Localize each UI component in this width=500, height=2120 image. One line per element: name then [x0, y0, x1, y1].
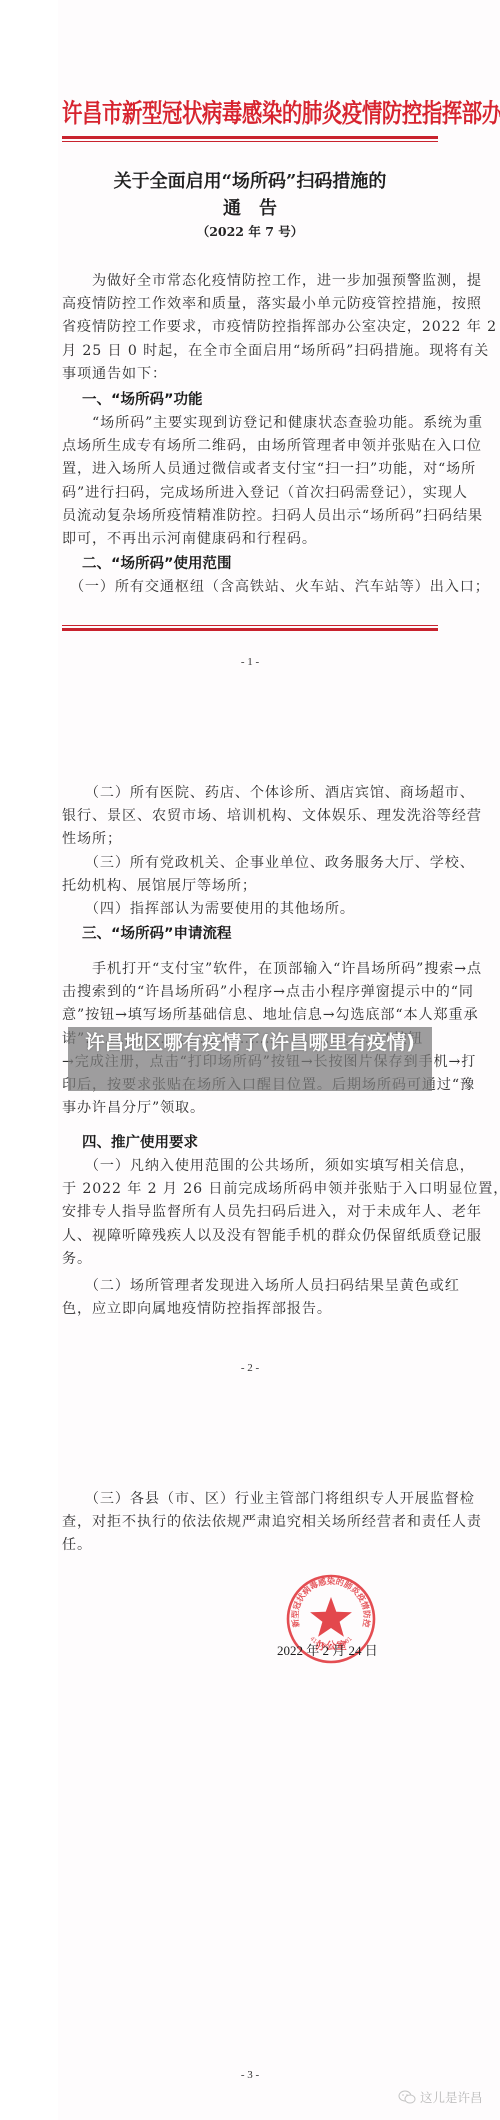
text-line: （四）指挥部认为需要使用的其他场所。: [62, 898, 438, 921]
text-line: 击搜索到的“许昌场所码”小程序→点击小程序弹窗提示中的“同: [62, 981, 438, 1004]
text-line: 手机打开“支付宝”软件，在顶部输入“许昌场所码”搜索→点: [62, 958, 438, 981]
document-title: 关于全面启用“场所码”扫码措施的: [62, 167, 438, 193]
text-line: 于 2022 年 2 月 26 日前完成场所码申领并张贴于入口明显位置，: [62, 1178, 438, 1201]
source-watermark: 这儿是许昌: [398, 2088, 483, 2106]
text-line: 务。: [62, 1248, 438, 1271]
section4-item-1: （一）凡纳入使用范围的公共场所，须如实填写相关信息， 于 2022 年 2 月 …: [62, 1155, 438, 1271]
header-rule-thick: [62, 136, 438, 139]
document-number: （2022 年 7 号）: [62, 222, 438, 240]
text-line: （一）所有交通枢纽（含高铁站、火车站、汽车站等）出入口；: [62, 576, 438, 599]
header-rule-thin: [62, 141, 438, 142]
section2-item-4: （四）指挥部认为需要使用的其他场所。: [62, 898, 438, 921]
section4-item-2: （二）场所管理者发现进入场所人员扫码结果呈黄色或红 色，应立即向属地疫情防控指挥…: [62, 1275, 438, 1321]
text-line: 点场所生成专有场所二维码，由场所管理者申领并张贴在入口位: [62, 435, 438, 458]
text-line: 即可，不再出示河南健康码和行程码。: [62, 528, 438, 551]
page1-footer-rule-thin: [62, 625, 438, 626]
page-number-1: - 1 -: [62, 656, 438, 668]
text-line: 高疫情防控工作效率和质量，落实最小单元防疫管控措施，按照: [62, 293, 438, 316]
text-line: 为做好全市常态化疫情防控工作，进一步加强预警监测，提: [62, 270, 438, 293]
caption-text: 许昌地区哪有疫情了(许昌哪里有疫情): [68, 1029, 432, 1057]
text-line: 人、视障听障残疾人以及没有智能手机的群众仍保留纸质登记服: [62, 1225, 438, 1248]
wechat-icon: [398, 2090, 416, 2104]
text-line: 托幼机构、展馆展厅等场所；: [62, 875, 438, 898]
section-heading-4: 四、推广使用要求: [82, 1131, 198, 1152]
page1-footer-rule-thick: [62, 628, 438, 631]
text-line: 员流动复杂场所疫情精准防控。扫码人员出示“场所码”扫码结果: [62, 505, 438, 528]
text-line: 码”进行扫码，完成场所进入登记（首次扫码需登记），实现人: [62, 482, 438, 505]
text-line: 省疫情防控工作要求，市疫情防控指挥部办公室决定，2022 年 2: [62, 316, 438, 339]
text-line: （三）各县（市、区）行业主管部门将组织专人开展监督检: [62, 1488, 438, 1511]
text-line: 事办许昌分厅”领取。: [62, 1097, 438, 1120]
page-number-2: - 2 -: [62, 1362, 438, 1374]
text-line: 安排专人指导监督所有人员先扫码后进入，对于未成年人、老年: [62, 1201, 438, 1224]
text-line: 置，进入场所人员通过微信或者支付宝“扫一扫”功能，对“场所: [62, 458, 438, 481]
section-heading-3: 三、“场所码”申请流程: [82, 922, 232, 943]
watermark-label: 这儿是许昌: [420, 2088, 483, 2106]
section2-item-1: （一）所有交通枢纽（含高铁站、火车站、汽车站等）出入口；: [62, 576, 438, 599]
text-line: 性场所；: [62, 828, 438, 851]
text-line: 事项通告如下：: [62, 363, 438, 386]
section1-paragraph: “场所码”主要实现到访登记和健康状态查验功能。系统为重 点场所生成专有场所二维码…: [62, 412, 438, 551]
section4-item-3: （三）各县（市、区）行业主管部门将组织专人开展监督检 查，对拒不执行的依法依规严…: [62, 1488, 438, 1558]
text-line: （二）所有医院、药店、个体诊所、酒店宾馆、商场超市、: [62, 782, 438, 805]
text-line: 意”按钮→填写场所基础信息、地址信息→勾选底部“本人郑重承: [62, 1004, 438, 1027]
section-heading-1: 一、“场所码”功能: [82, 388, 203, 409]
text-line: （一）凡纳入使用范围的公共场所，须如实填写相关信息，: [62, 1155, 438, 1178]
issuer-header: 许昌市新型冠状病毒感染的肺炎疫情防控指挥部办公室: [62, 91, 438, 136]
section2-item-3: （三）所有党政机关、企事业单位、政务服务大厅、学校、 托幼机构、展馆展厅等场所；: [62, 852, 438, 898]
text-line: “场所码”主要实现到访登记和健康状态查验功能。系统为重: [62, 412, 438, 435]
page-number-3: - 3 -: [62, 2069, 438, 2081]
signing-date: 2022 年 2 月 24 日: [277, 1640, 378, 1659]
section2-item-2: （二）所有医院、药店、个体诊所、酒店宾馆、商场超市、 银行、景区、农贸市场、培训…: [62, 782, 438, 852]
text-line: 色，应立即向属地疫情防控指挥部报告。: [62, 1298, 438, 1321]
text-line: 月 25 日 0 时起，在全市全面启用“场所码”扫码措施。现将有关: [62, 340, 438, 363]
text-line: （二）场所管理者发现进入场所人员扫码结果呈黄色或红: [62, 1275, 438, 1298]
text-line: 查，对拒不执行的依法依规严肃追究相关场所经营者和责任人责: [62, 1511, 438, 1534]
intro-paragraph: 为做好全市常态化疫情防控工作，进一步加强预警监测，提 高疫情防控工作效率和质量，…: [62, 270, 438, 386]
text-line: 银行、景区、农贸市场、培训机构、文体娱乐、理发洗浴等经营: [62, 805, 438, 828]
section-heading-2: 二、“场所码”使用范围: [82, 552, 232, 573]
text-line: 任。: [62, 1534, 438, 1557]
document-type: 通 告: [62, 194, 438, 220]
text-line: （三）所有党政机关、企事业单位、政务服务大厅、学校、: [62, 852, 438, 875]
